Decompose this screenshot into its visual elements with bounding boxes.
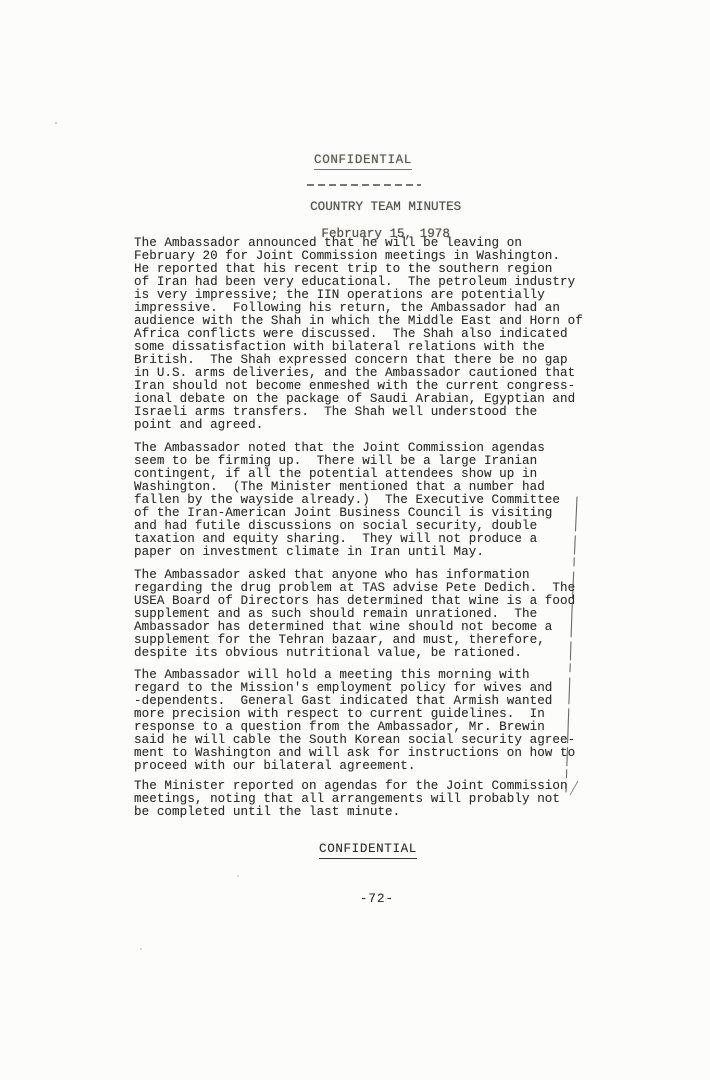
paragraph-2: The Ambassador noted that the Joint Comm… xyxy=(134,442,560,559)
classification-stamp-bottom: CONFIDENTIAL xyxy=(319,842,417,859)
document-title: COUNTRY TEAM MINUTES xyxy=(310,200,461,214)
scanned-document-page: CONFIDENTIAL COUNTRY TEAM MINUTES Februa… xyxy=(0,0,710,1080)
classification-footer-row: CONFIDENTIAL xyxy=(26,839,710,859)
paper-speck xyxy=(55,122,57,124)
paper-speck xyxy=(140,948,142,950)
paper-speck xyxy=(237,875,239,877)
paragraph-5: The Minister reported on agendas for the… xyxy=(134,780,568,819)
classification-header-row: CONFIDENTIAL xyxy=(16,150,710,188)
paragraph-1: The Ambassador announced that he will be… xyxy=(134,237,583,432)
paragraph-4: The Ambassador will hold a meeting this … xyxy=(134,669,575,773)
classification-stamp-top: CONFIDENTIAL xyxy=(314,154,412,170)
paragraph-3: The Ambassador asked that anyone who has… xyxy=(134,569,575,660)
page-number: -72- xyxy=(360,893,394,906)
page-number-row: -72- xyxy=(44,889,710,907)
dashed-underline-artifact xyxy=(307,184,421,186)
